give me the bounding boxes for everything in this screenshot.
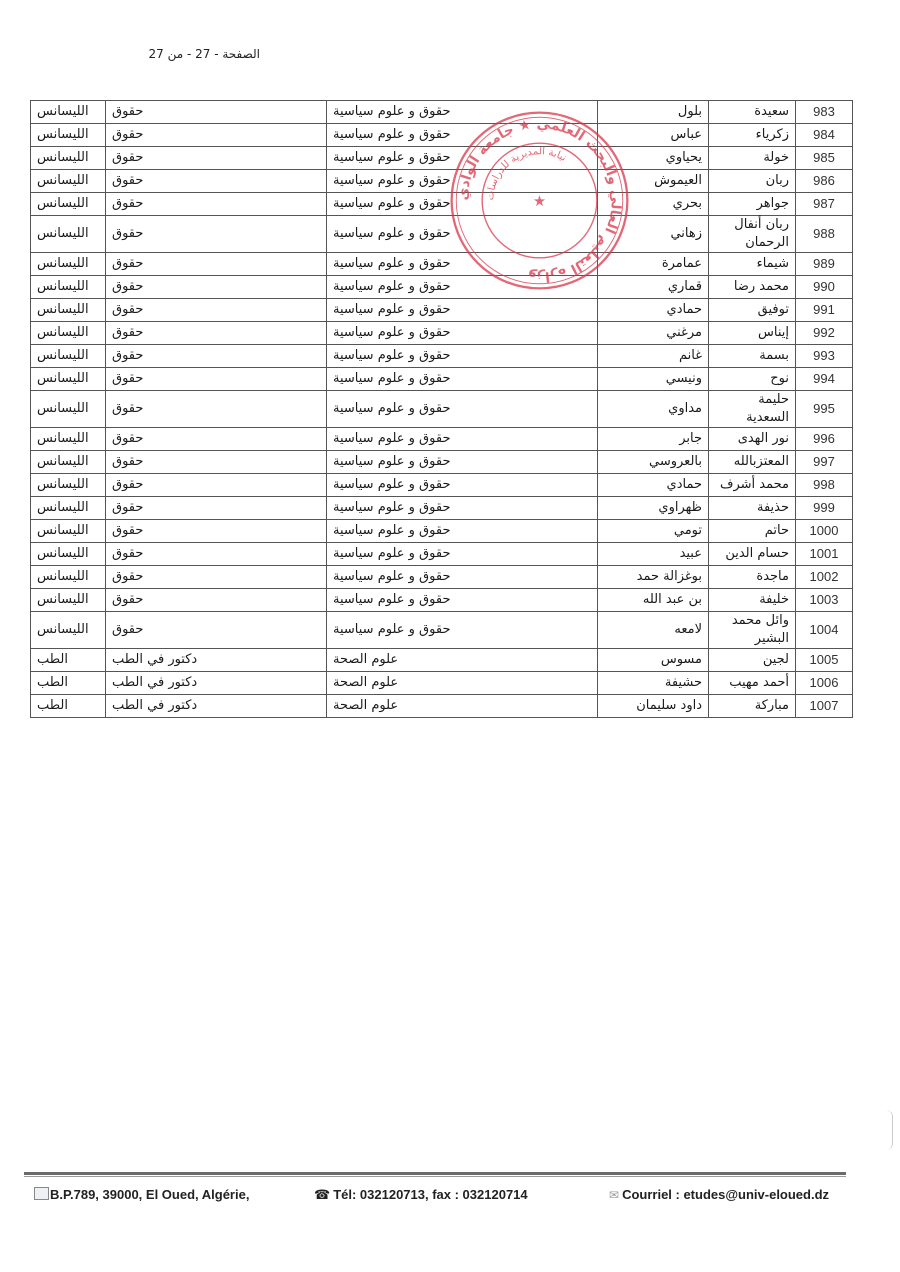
first-name-cell: ماجدة <box>709 566 796 589</box>
footer-divider-thin <box>24 1176 846 1177</box>
table-row: 987جواهربحريحقوق و علوم سياسيةحقوقالليسا… <box>31 193 853 216</box>
table-row: 996نور الهدىجابرحقوق و علوم سياسيةحقوقال… <box>31 428 853 451</box>
table-row: 1002ماجدةبوغزالة حمدحقوق و علوم سياسيةحق… <box>31 566 853 589</box>
specialty-cell: دكتور في الطب <box>106 649 327 672</box>
table-row: 992إيناسمرغنيحقوق و علوم سياسيةحقوقالليس… <box>31 322 853 345</box>
last-name-cell: لامعه <box>598 612 709 649</box>
last-name-cell: مرغني <box>598 322 709 345</box>
last-name-cell: جابر <box>598 428 709 451</box>
specialty-cell: حقوق <box>106 216 327 253</box>
first-name-cell: نوح <box>709 368 796 391</box>
specialty-cell: حقوق <box>106 124 327 147</box>
table-row: 994نوحونيسيحقوق و علوم سياسيةحقوقالليسان… <box>31 368 853 391</box>
faculty-cell: حقوق و علوم سياسية <box>327 474 598 497</box>
first-name-cell: خولة <box>709 147 796 170</box>
first-name-cell: خليفة <box>709 589 796 612</box>
specialty-cell: حقوق <box>106 147 327 170</box>
envelope-icon: ✉ <box>609 1188 619 1202</box>
row-number-cell: 985 <box>796 147 853 170</box>
specialty-cell: دكتور في الطب <box>106 672 327 695</box>
last-name-cell: بوغزالة حمد <box>598 566 709 589</box>
degree-level-cell: الليسانس <box>31 253 106 276</box>
first-name-cell: محمد أشرف <box>709 474 796 497</box>
faculty-cell: حقوق و علوم سياسية <box>327 589 598 612</box>
specialty-cell: حقوق <box>106 253 327 276</box>
degree-level-cell: الليسانس <box>31 368 106 391</box>
table-row: 984زكرياءعباسحقوق و علوم سياسيةحقوقالليس… <box>31 124 853 147</box>
last-name-cell: بلول <box>598 101 709 124</box>
last-name-cell: مسوس <box>598 649 709 672</box>
faculty-cell: حقوق و علوم سياسية <box>327 253 598 276</box>
first-name-cell: المعتزبالله <box>709 451 796 474</box>
last-name-cell: تومي <box>598 520 709 543</box>
degree-level-cell: الليسانس <box>31 428 106 451</box>
footer-email: ✉Courriel : etudes@univ-eloued.dz <box>609 1187 829 1202</box>
footer-address: B.P.789, 39000, El Oued, Algérie, <box>34 1187 249 1202</box>
faculty-cell: حقوق و علوم سياسية <box>327 520 598 543</box>
faculty-cell: حقوق و علوم سياسية <box>327 612 598 649</box>
specialty-cell: حقوق <box>106 345 327 368</box>
student-table-body: 983سعيدةبلولحقوق و علوم سياسيةحقوقالليسا… <box>31 101 853 718</box>
specialty-cell: حقوق <box>106 589 327 612</box>
table-row: 1000حاتمتوميحقوق و علوم سياسيةحقوقالليسا… <box>31 520 853 543</box>
row-number-cell: 1007 <box>796 695 853 718</box>
degree-level-cell: الليسانس <box>31 193 106 216</box>
faculty-cell: حقوق و علوم سياسية <box>327 322 598 345</box>
footer-phone: ☎Tél: 032120713, fax : 032120714 <box>314 1187 528 1203</box>
last-name-cell: قماري <box>598 276 709 299</box>
specialty-cell: حقوق <box>106 170 327 193</box>
table-row: 1004وائل محمد البشيرلامعهحقوق و علوم سيا… <box>31 612 853 649</box>
row-number-cell: 983 <box>796 101 853 124</box>
degree-level-cell: الليسانس <box>31 391 106 428</box>
first-name-cell: شيماء <box>709 253 796 276</box>
faculty-cell: حقوق و علوم سياسية <box>327 216 598 253</box>
row-number-cell: 987 <box>796 193 853 216</box>
degree-level-cell: الليسانس <box>31 451 106 474</box>
first-name-cell: جواهر <box>709 193 796 216</box>
faculty-cell: حقوق و علوم سياسية <box>327 193 598 216</box>
row-number-cell: 992 <box>796 322 853 345</box>
table-row: 990محمد رضاقماريحقوق و علوم سياسيةحقوقال… <box>31 276 853 299</box>
page-edge-mark <box>886 1110 893 1150</box>
first-name-cell: مباركة <box>709 695 796 718</box>
first-name-cell: لجين <box>709 649 796 672</box>
last-name-cell: عبيد <box>598 543 709 566</box>
faculty-cell: حقوق و علوم سياسية <box>327 566 598 589</box>
specialty-cell: حقوق <box>106 193 327 216</box>
row-number-cell: 991 <box>796 299 853 322</box>
specialty-cell: حقوق <box>106 612 327 649</box>
first-name-cell: سعيدة <box>709 101 796 124</box>
specialty-cell: حقوق <box>106 391 327 428</box>
table-row: 997المعتزباللهبالعروسيحقوق و علوم سياسية… <box>31 451 853 474</box>
last-name-cell: مداوي <box>598 391 709 428</box>
degree-level-cell: الليسانس <box>31 124 106 147</box>
row-number-cell: 996 <box>796 428 853 451</box>
first-name-cell: إيناس <box>709 322 796 345</box>
faculty-cell: حقوق و علوم سياسية <box>327 101 598 124</box>
row-number-cell: 984 <box>796 124 853 147</box>
mailbox-icon <box>34 1187 49 1200</box>
degree-level-cell: الطب <box>31 695 106 718</box>
first-name-cell: أحمد مهيب <box>709 672 796 695</box>
specialty-cell: حقوق <box>106 101 327 124</box>
faculty-cell: حقوق و علوم سياسية <box>327 345 598 368</box>
first-name-cell: حذيفة <box>709 497 796 520</box>
specialty-cell: حقوق <box>106 368 327 391</box>
faculty-cell: حقوق و علوم سياسية <box>327 497 598 520</box>
last-name-cell: غانم <box>598 345 709 368</box>
last-name-cell: حمادي <box>598 299 709 322</box>
specialty-cell: حقوق <box>106 428 327 451</box>
degree-level-cell: الليسانس <box>31 589 106 612</box>
row-number-cell: 999 <box>796 497 853 520</box>
table-row: 986ربانالعيموشحقوق و علوم سياسيةحقوقاللي… <box>31 170 853 193</box>
faculty-cell: حقوق و علوم سياسية <box>327 276 598 299</box>
specialty-cell: حقوق <box>106 276 327 299</box>
last-name-cell: بالعروسي <box>598 451 709 474</box>
row-number-cell: 1004 <box>796 612 853 649</box>
specialty-cell: حقوق <box>106 543 327 566</box>
row-number-cell: 993 <box>796 345 853 368</box>
table-row: 1007مباركةداود سليمانعلوم الصحةدكتور في … <box>31 695 853 718</box>
specialty-cell: حقوق <box>106 451 327 474</box>
degree-level-cell: الليسانس <box>31 497 106 520</box>
address-text: B.P.789, 39000, El Oued, Algérie, <box>50 1187 249 1202</box>
table-row: 983سعيدةبلولحقوق و علوم سياسيةحقوقالليسا… <box>31 101 853 124</box>
faculty-cell: حقوق و علوم سياسية <box>327 451 598 474</box>
degree-level-cell: الليسانس <box>31 101 106 124</box>
table-row: 998محمد أشرفحماديحقوق و علوم سياسيةحقوقا… <box>31 474 853 497</box>
first-name-cell: ربان <box>709 170 796 193</box>
row-number-cell: 1003 <box>796 589 853 612</box>
last-name-cell: عباس <box>598 124 709 147</box>
table-row: 989شيماءعمامرةحقوق و علوم سياسيةحقوقاللي… <box>31 253 853 276</box>
row-number-cell: 997 <box>796 451 853 474</box>
table-row: 1006أحمد مهيبحشيفةعلوم الصحةدكتور في الط… <box>31 672 853 695</box>
first-name-cell: حسام الدين <box>709 543 796 566</box>
row-number-cell: 1005 <box>796 649 853 672</box>
phone-text: Tél: 032120713, fax : 032120714 <box>333 1187 527 1202</box>
specialty-cell: حقوق <box>106 322 327 345</box>
specialty-cell: حقوق <box>106 520 327 543</box>
degree-level-cell: الليسانس <box>31 299 106 322</box>
page-footer: B.P.789, 39000, El Oued, Algérie, ☎Tél: … <box>34 1187 854 1207</box>
degree-level-cell: الليسانس <box>31 147 106 170</box>
last-name-cell: حمادي <box>598 474 709 497</box>
specialty-cell: دكتور في الطب <box>106 695 327 718</box>
last-name-cell: زهاني <box>598 216 709 253</box>
last-name-cell: يحياوي <box>598 147 709 170</box>
degree-level-cell: الليسانس <box>31 170 106 193</box>
first-name-cell: حاتم <box>709 520 796 543</box>
degree-level-cell: الليسانس <box>31 322 106 345</box>
row-number-cell: 994 <box>796 368 853 391</box>
first-name-cell: حليمة السعدية <box>709 391 796 428</box>
table-row: 1005لجينمسوسعلوم الصحةدكتور في الطبالطب <box>31 649 853 672</box>
row-number-cell: 995 <box>796 391 853 428</box>
row-number-cell: 1000 <box>796 520 853 543</box>
degree-level-cell: الليسانس <box>31 216 106 253</box>
degree-level-cell: الليسانس <box>31 520 106 543</box>
table-row: 995حليمة السعديةمداويحقوق و علوم سياسيةح… <box>31 391 853 428</box>
faculty-cell: علوم الصحة <box>327 672 598 695</box>
faculty-cell: علوم الصحة <box>327 649 598 672</box>
table-row: 1001حسام الدينعبيدحقوق و علوم سياسيةحقوق… <box>31 543 853 566</box>
first-name-cell: محمد رضا <box>709 276 796 299</box>
footer-divider <box>24 1172 846 1175</box>
first-name-cell: زكرياء <box>709 124 796 147</box>
faculty-cell: حقوق و علوم سياسية <box>327 543 598 566</box>
faculty-cell: حقوق و علوم سياسية <box>327 368 598 391</box>
page-indicator: الصفحة - 27 - من 27 <box>60 47 260 61</box>
row-number-cell: 989 <box>796 253 853 276</box>
degree-level-cell: الليسانس <box>31 612 106 649</box>
degree-level-cell: الليسانس <box>31 566 106 589</box>
faculty-cell: حقوق و علوم سياسية <box>327 391 598 428</box>
email-text: Courriel : etudes@univ-eloued.dz <box>622 1187 829 1202</box>
last-name-cell: عمامرة <box>598 253 709 276</box>
table-row: 1003خليفةبن عبد اللهحقوق و علوم سياسيةحق… <box>31 589 853 612</box>
first-name-cell: وائل محمد البشير <box>709 612 796 649</box>
faculty-cell: علوم الصحة <box>327 695 598 718</box>
table-row: 999حذيفةظهراويحقوق و علوم سياسيةحقوقاللي… <box>31 497 853 520</box>
last-name-cell: بحري <box>598 193 709 216</box>
last-name-cell: ظهراوي <box>598 497 709 520</box>
table-row: 985خولةيحياويحقوق و علوم سياسيةحقوقالليس… <box>31 147 853 170</box>
degree-level-cell: الطب <box>31 649 106 672</box>
row-number-cell: 990 <box>796 276 853 299</box>
last-name-cell: حشيفة <box>598 672 709 695</box>
last-name-cell: ونيسي <box>598 368 709 391</box>
row-number-cell: 998 <box>796 474 853 497</box>
first-name-cell: توفيق <box>709 299 796 322</box>
row-number-cell: 988 <box>796 216 853 253</box>
last-name-cell: العيموش <box>598 170 709 193</box>
degree-level-cell: الليسانس <box>31 474 106 497</box>
first-name-cell: ربان أنفال الرحمان <box>709 216 796 253</box>
student-table: 983سعيدةبلولحقوق و علوم سياسيةحقوقالليسا… <box>30 100 853 718</box>
degree-level-cell: الطب <box>31 672 106 695</box>
row-number-cell: 1001 <box>796 543 853 566</box>
last-name-cell: داود سليمان <box>598 695 709 718</box>
faculty-cell: حقوق و علوم سياسية <box>327 299 598 322</box>
faculty-cell: حقوق و علوم سياسية <box>327 428 598 451</box>
table-row: 991توفيقحماديحقوق و علوم سياسيةحقوقالليس… <box>31 299 853 322</box>
last-name-cell: بن عبد الله <box>598 589 709 612</box>
faculty-cell: حقوق و علوم سياسية <box>327 170 598 193</box>
table-row: 988ربان أنفال الرحمانزهانيحقوق و علوم سي… <box>31 216 853 253</box>
faculty-cell: حقوق و علوم سياسية <box>327 124 598 147</box>
degree-level-cell: الليسانس <box>31 345 106 368</box>
row-number-cell: 1006 <box>796 672 853 695</box>
specialty-cell: حقوق <box>106 566 327 589</box>
degree-level-cell: الليسانس <box>31 276 106 299</box>
faculty-cell: حقوق و علوم سياسية <box>327 147 598 170</box>
row-number-cell: 986 <box>796 170 853 193</box>
specialty-cell: حقوق <box>106 497 327 520</box>
table-row: 993بسمةغانمحقوق و علوم سياسيةحقوقالليسان… <box>31 345 853 368</box>
specialty-cell: حقوق <box>106 474 327 497</box>
first-name-cell: نور الهدى <box>709 428 796 451</box>
telephone-icon: ☎ <box>314 1187 330 1203</box>
degree-level-cell: الليسانس <box>31 543 106 566</box>
row-number-cell: 1002 <box>796 566 853 589</box>
specialty-cell: حقوق <box>106 299 327 322</box>
first-name-cell: بسمة <box>709 345 796 368</box>
